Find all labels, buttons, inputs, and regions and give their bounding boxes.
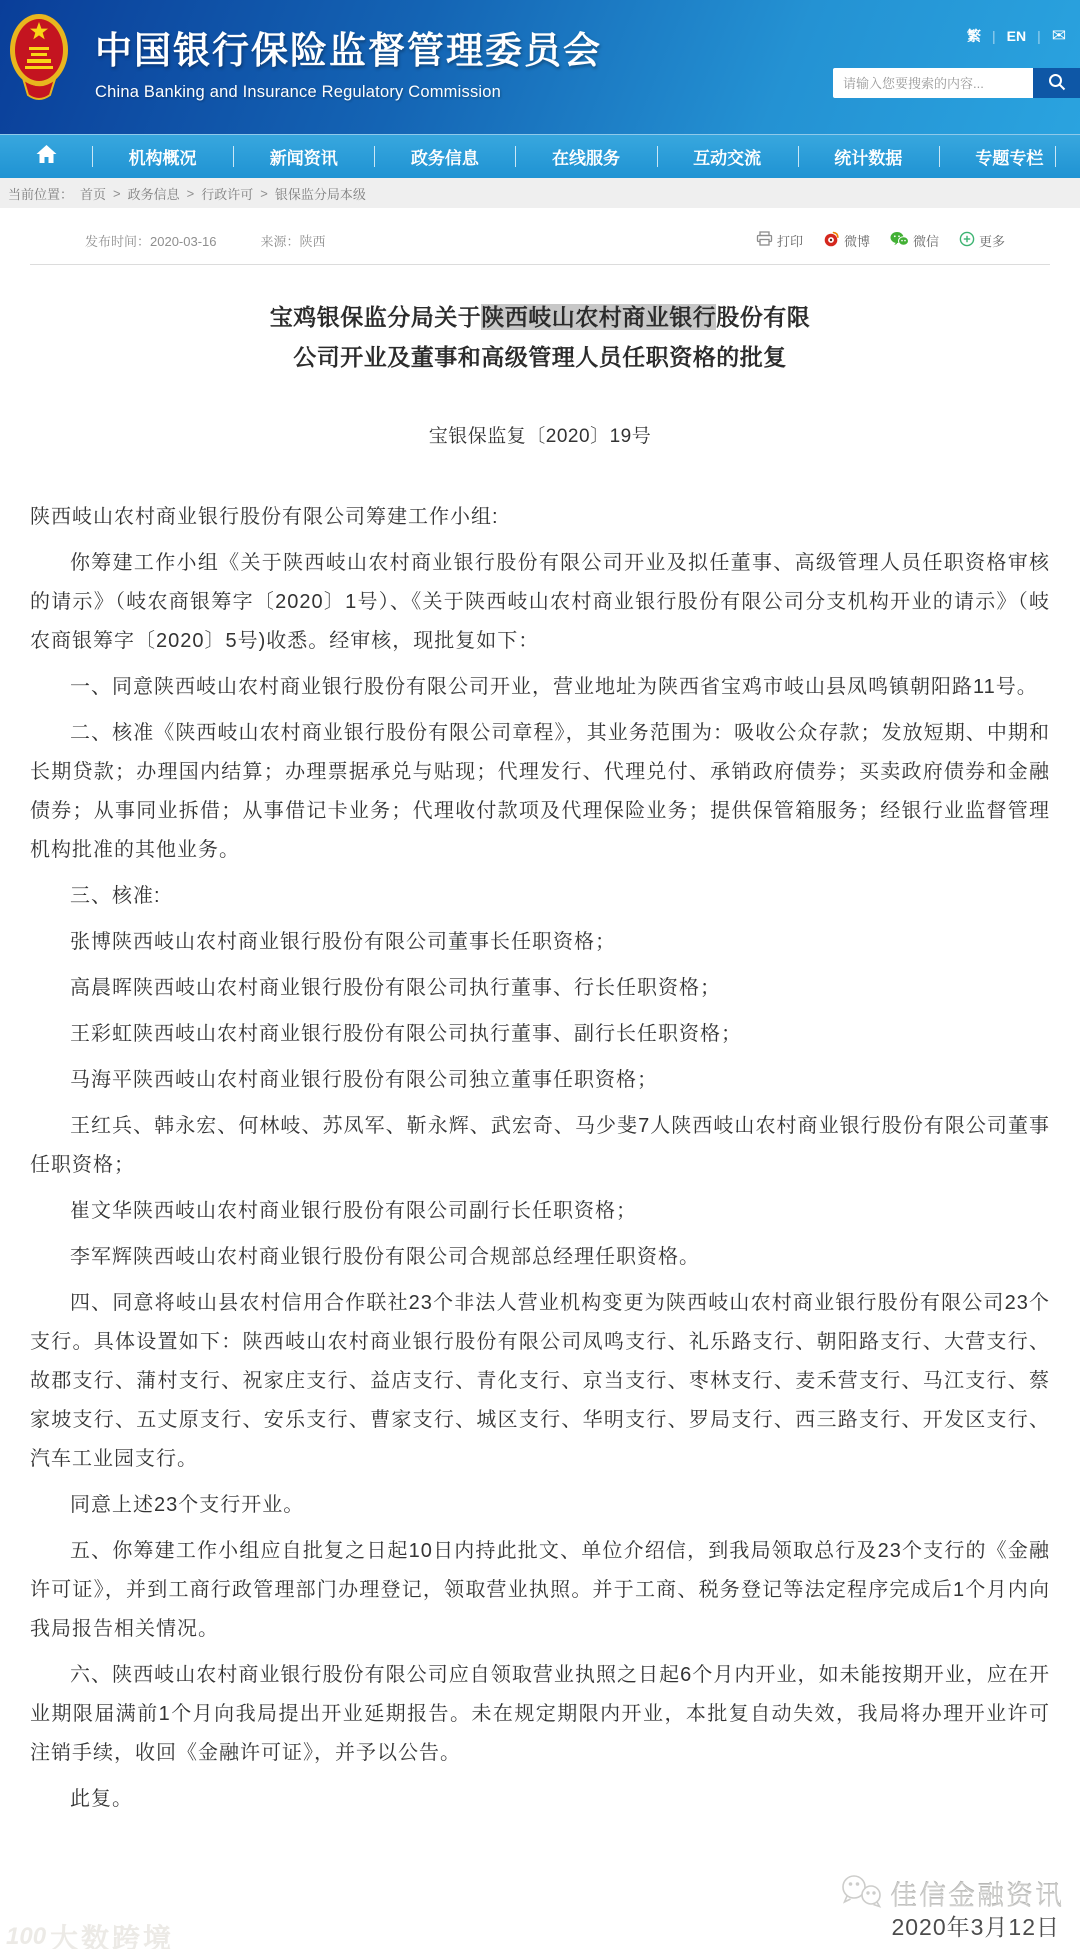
site-title-en: China Banking and Insurance Regulatory C… <box>95 83 602 102</box>
article-title: 宝鸡银保监分局关于陕西岐山农村商业银行股份有限公司开业及董事和高级管理人员任职资… <box>55 297 1025 377</box>
title-suffix: 股份有限 <box>716 304 810 330</box>
lang-links: 繁 | EN | ✉ <box>967 26 1066 46</box>
paragraph: 王红兵、韩永宏、何林岐、苏凤军、靳永辉、武宏奇、马少斐7人陕西岐山农村商业银行股… <box>30 1107 1050 1185</box>
paragraph: 张博陕西岐山农村商业银行股份有限公司董事长任职资格； <box>30 923 1050 962</box>
paragraph: 二、核准《陕西岐山农村商业银行股份有限公司章程》，其业务范围为：吸收公众存款；发… <box>30 714 1050 870</box>
lang-divider: | <box>992 28 996 44</box>
paragraph: 同意上述23个支行开业。 <box>30 1486 1050 1525</box>
more-share-button[interactable]: 更多 <box>959 231 1005 250</box>
paragraph: 一、同意陕西岐山农村商业银行股份有限公司开业，营业地址为陕西省宝鸡市岐山县凤鸣镇… <box>30 668 1050 707</box>
breadcrumb-home[interactable]: 首页 <box>80 184 106 203</box>
breadcrumb-fenju[interactable]: 银保监分局本级 <box>275 184 366 203</box>
title-line2: 公司开业及董事和高级管理人员任职资格的批复 <box>293 344 787 370</box>
lang-traditional-link[interactable]: 繁 <box>967 26 981 46</box>
paragraph-closing: 此复。 <box>30 1780 1050 1819</box>
nav-item-jigou[interactable]: 机构概况 <box>92 135 233 178</box>
site-header: 中国银行保险监督管理委员会 China Banking and Insuranc… <box>0 0 1080 134</box>
watermark-logo: 100 <box>6 1923 46 1949</box>
nav-item-tongji[interactable]: 统计数据 <box>798 135 939 178</box>
meta-left: 发布时间：2020-03-16 来源：陕西 <box>85 231 326 250</box>
nav-home[interactable] <box>0 135 92 178</box>
mail-icon[interactable]: ✉ <box>1052 26 1066 46</box>
paragraph: 五、你筹建工作小组应自批复之日起10日内持此批文、单位介绍信，到我局领取总行及2… <box>30 1532 1050 1649</box>
paragraph: 你筹建工作小组《关于陕西岐山农村商业银行股份有限公司开业及拟任董事、高级管理人员… <box>30 544 1050 661</box>
brand-watermark: 佳信金融资讯 <box>841 1874 1064 1913</box>
print-label: 打印 <box>777 231 803 250</box>
more-label: 更多 <box>979 231 1005 250</box>
nav-item-zhengwu[interactable]: 政务信息 <box>374 135 515 178</box>
wechat-label: 微信 <box>913 231 939 250</box>
breadcrumb-separator: > <box>187 186 195 201</box>
meta-divider <box>30 264 1050 265</box>
paragraph: 崔文华陕西岐山农村商业银行股份有限公司副行长任职资格； <box>30 1192 1050 1231</box>
page: 中国银行保险监督管理委员会 China Banking and Insuranc… <box>0 0 1080 1949</box>
lang-english-link[interactable]: EN <box>1007 28 1026 44</box>
weibo-icon <box>823 230 840 250</box>
paragraph: 四、同意将岐山县农村信用合作联社23个非法人营业机构变更为陕西岐山农村商业银行股… <box>30 1284 1050 1479</box>
paragraph-salutation: 陕西岐山农村商业银行股份有限公司筹建工作小组: <box>30 498 1050 537</box>
title-prefix: 宝鸡银保监分局关于 <box>270 304 482 330</box>
paragraph: 李军辉陕西岐山农村商业银行股份有限公司合规部总经理任职资格。 <box>30 1238 1050 1277</box>
breadcrumb: 当前位置： 首页 > 政务信息 > 行政许可 > 银保监分局本级 <box>0 178 1080 208</box>
weibo-share-button[interactable]: 微博 <box>823 230 870 250</box>
nav-item-hudong[interactable]: 互动交流 <box>657 135 798 178</box>
watermark-text: 大数跨境 <box>50 1917 174 1949</box>
print-icon <box>756 231 773 249</box>
nav-item-xinwen[interactable]: 新闻资讯 <box>233 135 374 178</box>
breadcrumb-zhengwu[interactable]: 政务信息 <box>128 184 180 203</box>
search-icon <box>1047 72 1067 95</box>
title-highlight: 陕西岐山农村商业银行 <box>481 304 716 330</box>
paragraph: 王彩虹陕西岐山农村商业银行股份有限公司执行董事、副行长任职资格； <box>30 1015 1050 1054</box>
breadcrumb-separator: > <box>260 186 268 201</box>
article-meta: 发布时间：2020-03-16 来源：陕西 打印 <box>85 230 1005 250</box>
paragraph: 高晨晖陕西岐山农村商业银行股份有限公司执行董事、行长任职资格； <box>30 969 1050 1008</box>
paragraph: 六、陕西岐山农村商业银行股份有限公司应自领取营业执照之日起6个月内开业，如未能按… <box>30 1656 1050 1773</box>
publish-date: 发布时间：2020-03-16 <box>85 231 217 250</box>
document-number: 宝银保监复〔2020〕19号 <box>0 421 1080 448</box>
source: 来源：陕西 <box>261 231 326 250</box>
wechat-icon <box>890 231 909 250</box>
article-main: 发布时间：2020-03-16 来源：陕西 打印 <box>0 230 1080 1819</box>
site-title-zh: 中国银行保险监督管理委员会 <box>95 20 602 74</box>
nav-item-zaixian[interactable]: 在线服务 <box>515 135 656 178</box>
search-input[interactable] <box>833 68 1033 98</box>
lang-divider: | <box>1037 28 1041 44</box>
site-titles: 中国银行保险监督管理委员会 China Banking and Insuranc… <box>95 20 602 102</box>
paragraph: 三、核准: <box>30 877 1050 916</box>
search-bar <box>833 68 1080 98</box>
wechat-share-button[interactable]: 微信 <box>890 231 939 250</box>
brand-name: 佳信金融资讯 <box>890 1874 1064 1913</box>
breadcrumb-xingzheng[interactable]: 行政许可 <box>201 184 253 203</box>
print-button[interactable]: 打印 <box>756 231 803 250</box>
footer-date: 2020年3月12日 <box>891 1909 1060 1942</box>
article-body: 陕西岐山农村商业银行股份有限公司筹建工作小组: 你筹建工作小组《关于陕西岐山农村… <box>30 498 1050 1819</box>
chat-bubbles-logo <box>841 1874 885 1913</box>
site-watermark: 100 大数跨境 <box>6 1917 174 1949</box>
national-emblem <box>8 10 70 102</box>
main-nav: 机构概况 新闻资讯 政务信息 在线服务 互动交流 统计数据 专题专栏 <box>0 134 1080 178</box>
home-icon <box>35 144 58 169</box>
breadcrumb-separator: > <box>113 186 121 201</box>
nav-item-zhuanti[interactable]: 专题专栏 <box>939 135 1080 178</box>
share-actions: 打印 微博 <box>756 230 1005 250</box>
paragraph: 马海平陕西岐山农村商业银行股份有限公司独立董事任职资格； <box>30 1061 1050 1100</box>
breadcrumb-label: 当前位置： <box>8 184 73 203</box>
more-plus-icon <box>959 231 975 250</box>
weibo-label: 微博 <box>844 231 870 250</box>
search-button[interactable] <box>1033 68 1080 98</box>
